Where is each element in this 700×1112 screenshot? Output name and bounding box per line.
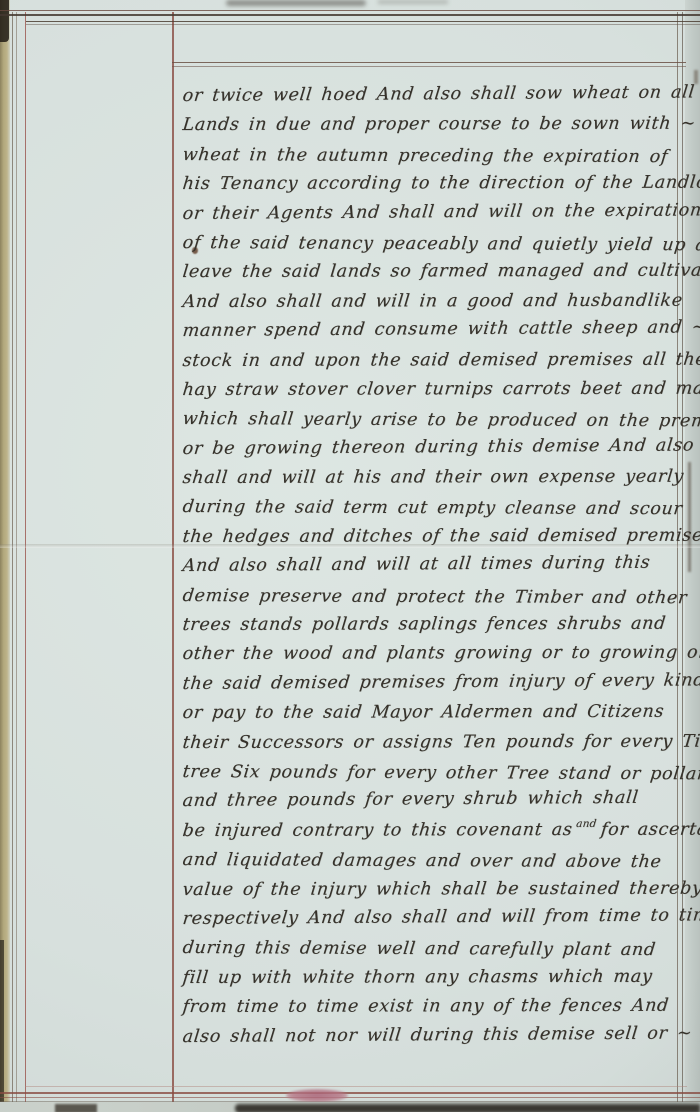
manuscript-line: and three pounds for every shrub which s…	[181, 784, 690, 817]
manuscript-line-with-insertion: be injured contrary to this covenant asa…	[181, 815, 689, 846]
manuscript-line: during the said term cut empty cleanse a…	[181, 493, 689, 525]
manuscript-line: and liquidated damages and over and abov…	[181, 846, 689, 878]
left-margin-rule-1	[12, 12, 13, 1102]
top-edge-smudge-2	[378, 0, 448, 4]
manuscript-line: his Tenancy according to the direction o…	[181, 169, 689, 200]
manuscript-line: the said demised premises from injury of…	[181, 666, 690, 699]
manuscript-line: or be growing thereon during this demise…	[181, 431, 690, 464]
manuscript-line: the hedges and ditches of the said demis…	[181, 522, 689, 553]
manuscript-line: shall and will at his and their own expe…	[181, 463, 689, 494]
manuscript-line: other the wood and plants growing or to …	[181, 639, 689, 670]
header-rule-1	[172, 62, 686, 63]
top-border-rule-3	[26, 21, 700, 22]
top-edge-smudge	[226, 0, 366, 6]
manuscript-line: or pay to the said Mayor Aldermen and Ci…	[181, 698, 689, 729]
bottom-border-rule-3	[0, 1101, 700, 1102]
manuscript-line: or twice well hoed And also shall sow wh…	[181, 78, 690, 111]
manuscript-line: or their Agents And shall and will on th…	[181, 196, 690, 229]
bottom-border-rule-2	[0, 1097, 700, 1098]
manuscript-line: stock in and upon the said demised premi…	[181, 345, 689, 376]
manuscript-line: manner spend and consume with cattle she…	[181, 314, 690, 347]
top-border-rule-4	[26, 24, 700, 25]
insertion-line-after: for ascertained	[600, 819, 700, 839]
manuscript-line: their Successors or assigns Ten pounds f…	[181, 727, 689, 758]
insertion-line-before: be injured contrary to this covenant as	[182, 820, 574, 841]
bottom-border-rule-1	[0, 1092, 700, 1094]
text-margin-rule-red	[172, 12, 174, 1102]
interline-inserted-word: and	[576, 819, 597, 829]
pink-ink-smudge	[286, 1089, 348, 1102]
manuscript-line: respectively And also shall and will fro…	[181, 901, 690, 934]
left-margin-rule-red	[25, 12, 26, 1102]
top-border-rule-2	[0, 14, 700, 16]
manuscript-line: fill up with white thorn any chasms whic…	[181, 962, 689, 993]
paper-background: or twice well hoed And also shall sow wh…	[0, 0, 700, 1112]
manuscript-text-block: or twice well hoed And also shall sow wh…	[181, 82, 686, 1052]
manuscript-line: during this demise well and carefully pl…	[181, 934, 689, 966]
manuscript-line: from time to time exist in any of the fe…	[181, 992, 689, 1023]
manuscript-line: of the said tenancy peaceably and quietl…	[181, 229, 689, 261]
manuscript-line: hay straw stover clover turnips carrots …	[181, 375, 689, 406]
bottom-border-rule-faint	[25, 1086, 687, 1087]
manuscript-line: Lands in due and proper course to be sow…	[181, 110, 689, 141]
manuscript-line: also shall not nor will during this demi…	[181, 1019, 690, 1052]
manuscript-line: value of the injury which shall be susta…	[181, 874, 689, 905]
manuscript-line: leave the said lands so farmed managed a…	[181, 257, 689, 288]
left-page-edge	[0, 0, 10, 1112]
bottom-left-dark-edge	[0, 940, 4, 1112]
left-margin-rule-2	[16, 12, 17, 1102]
bottom-edge-shadow	[235, 1104, 700, 1112]
bottom-page-edge	[0, 1102, 700, 1112]
manuscript-line: demise preserve and protect the Timber a…	[181, 582, 689, 614]
bottom-edge-shadow-2	[55, 1104, 97, 1112]
manuscript-line: And also shall and will in a good and hu…	[181, 286, 689, 317]
manuscript-line: And also shall and will at all times dur…	[181, 549, 690, 582]
manuscript-line: trees stands pollards saplings fences sh…	[181, 610, 689, 641]
top-left-dark-corner	[0, 0, 9, 42]
top-border-rule-1	[0, 10, 700, 11]
manuscript-line: wheat in the autumn preceding the expira…	[181, 141, 689, 173]
header-rule-2	[172, 66, 686, 67]
scanned-manuscript-page: { "document": { "kind": "handwritten leg…	[0, 0, 700, 1112]
